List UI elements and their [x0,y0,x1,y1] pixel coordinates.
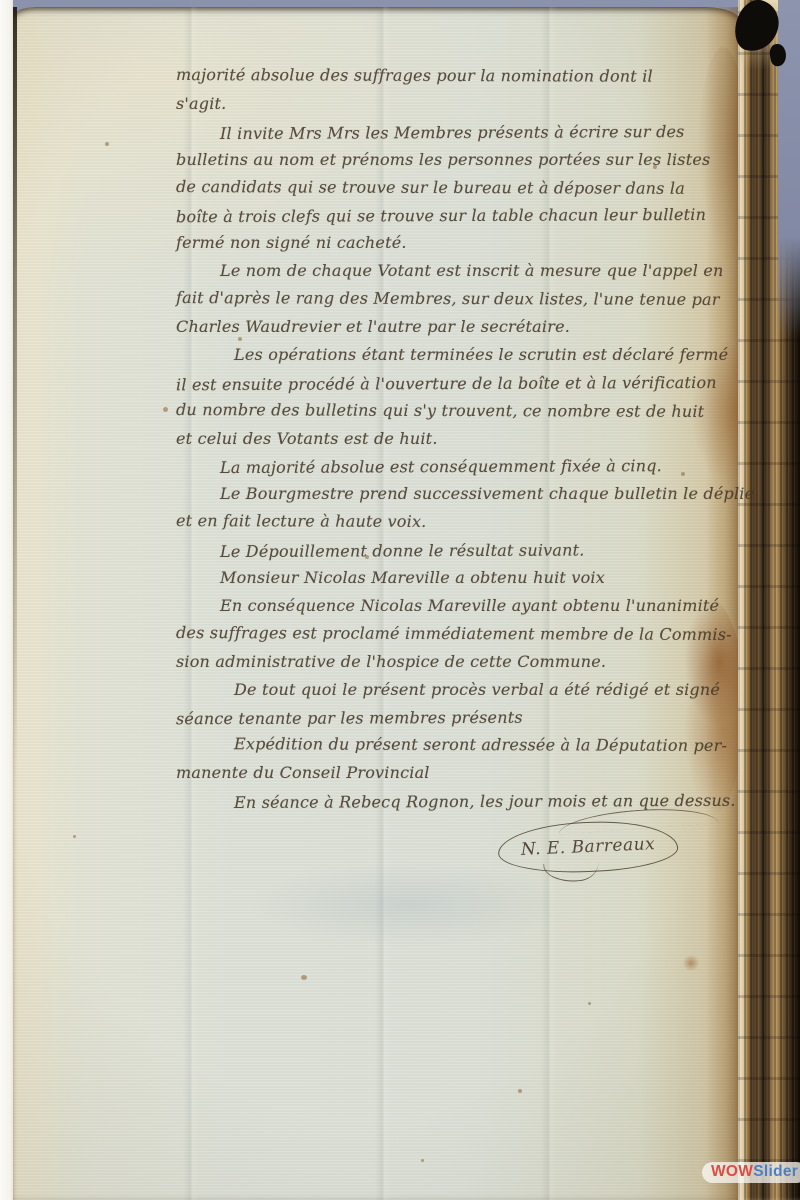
manuscript-line: de candidats qui se trouve sur le bureau… [176,173,736,203]
manuscript-line: Il invite Mrs Mrs les Membres présents à… [176,118,736,148]
manuscript-line: du nombre des bulletins qui s'y trouvent… [176,396,736,426]
manuscript-line: des suffrages est proclamé immédiatement… [176,619,736,649]
foxing-speck [588,1002,591,1005]
manuscript-line: Expédition du présent seront adressée à … [176,730,736,760]
manuscript-line: fait d'après le rang des Membres, sur de… [176,284,736,314]
foxing-speck [163,407,168,412]
manuscript-line: Le Bourgmestre prend successivement chaq… [176,480,736,508]
foxing-speck [301,975,307,980]
watermark-slider-label: Slider [753,1163,798,1180]
foxing-speck [73,835,76,838]
manuscript-line: manente du Conseil Provincial [176,759,736,787]
manuscript-line: majorité absolue des suffrages pour la n… [176,61,736,91]
foxing-speck [421,1159,424,1162]
manuscript-line: Le Dépouillement donne le résultat suiva… [176,536,736,566]
manuscript-line: séance tenante par les membres présents [176,703,736,733]
manuscript-line: et celui des Votants est de huit. [176,425,736,453]
page-left-shadow [13,7,17,767]
manuscript-line: fermé non signé ni cacheté. [176,229,736,257]
manuscript-line: sion administrative de l'hospice de cett… [176,648,736,676]
photo-border-strip [0,0,13,1200]
manuscript-line: Monsieur Nicolas Mareville a obtenu huit… [176,564,736,592]
brown-stain [682,955,700,971]
ink-bleed-through [243,862,573,947]
manuscript-line: Les opérations étant terminées le scruti… [176,341,736,369]
manuscript-line: De tout quoi le présent procès verbal a … [176,676,736,704]
handwritten-text-block: majorité absolue des suffrages pour la n… [176,62,736,815]
manuscript-line: En conséquence Nicolas Mareville ayant o… [176,592,736,620]
manuscript-line: Charles Waudrevier et l'autre par le sec… [176,313,736,341]
manuscript-line: et en fait lecture à haute voix. [176,507,736,537]
manuscript-photo: majorité absolue des suffrages pour la n… [0,0,800,1200]
foxing-speck [105,142,109,146]
manuscript-line: La majorité absolue est conséquemment fi… [176,452,736,482]
manuscript-line: s'agit. [176,90,736,118]
wowslider-watermark[interactable]: WOWSlider [702,1162,800,1183]
manuscript-line: Le nom de chaque Votant est inscrit à me… [176,257,736,285]
manuscript-line: boîte à trois clefs qui se trouve sur la… [176,201,736,231]
foxing-speck [518,1089,522,1093]
watermark-wow-label: WOW [711,1163,753,1180]
signature: N. E. Barreaux [520,834,655,860]
signature-block: N. E. Barreaux [498,822,678,872]
manuscript-line: bulletins au nom et prénoms les personne… [176,146,736,174]
manuscript-line: il est ensuite procédé à l'ouverture de … [176,369,736,399]
